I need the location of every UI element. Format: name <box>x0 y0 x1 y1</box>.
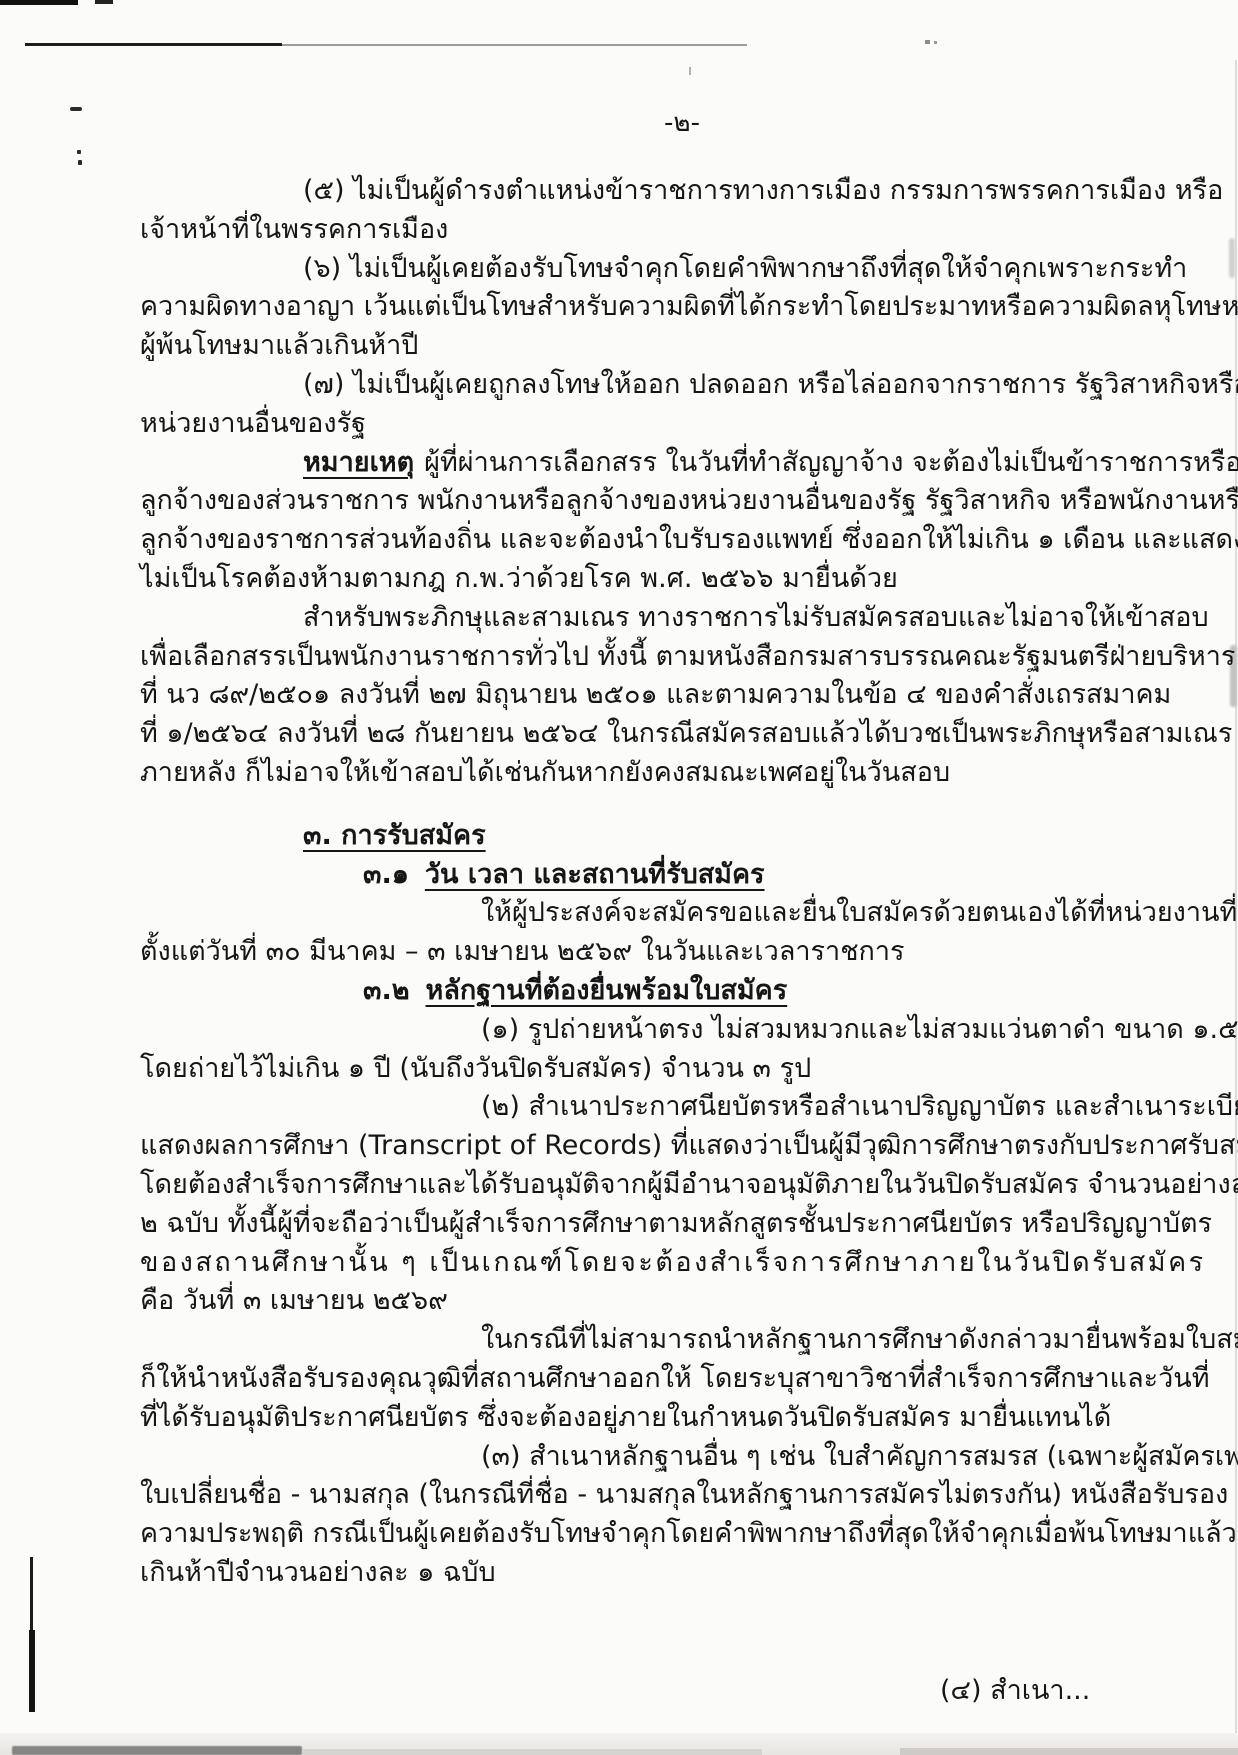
text-line: เจ้าหน้าที่ในพรรคการเมือง <box>0 211 1238 250</box>
scan-artifact-bottom-bar <box>302 1749 762 1755</box>
line-text: วัน เวลา และสถานที่รับสมัคร <box>425 859 765 890</box>
line-prefix: หมายเหตุ <box>303 447 414 478</box>
text-line: (๓) สำเนาหลักฐานอื่น ๆ เช่น ใบสำคัญการสม… <box>0 1438 1238 1477</box>
line-prefix: ๓.๒ <box>363 975 410 1006</box>
text-line: คือ วันที่ ๓ เมษายน ๒๕๖๙ <box>0 1282 1238 1321</box>
text-line: ความผิดทางอาญา เว้นแต่เป็นโทษสำหรับความผ… <box>0 288 1238 327</box>
text-line: ไม่เป็นโรคต้องห้ามตามกฎ ก.พ.ว่าด้วยโรค พ… <box>0 560 1238 599</box>
text-line: ที่ ๑/๒๕๖๔ ลงวันที่ ๒๘ กันยายน ๒๕๖๔ ในกร… <box>0 715 1238 754</box>
scanned-document-page: { "page": { "number_label": "-๒-", "foot… <box>0 0 1238 1755</box>
text-line: โดยต้องสำเร็จการศึกษาและได้รับอนุมัติจาก… <box>0 1166 1238 1205</box>
section-heading: ๓.๑วัน เวลา และสถานที่รับสมัคร <box>0 856 1238 895</box>
section-heading: ๓.๒หลักฐานที่ต้องยื่นพร้อมใบสมัคร <box>0 972 1238 1011</box>
text-line: ๒ ฉบับ ทั้งนี้ผู้ที่จะถือว่าเป็นผู้สำเร็… <box>0 1205 1238 1244</box>
text-line: สำหรับพระภิกษุและสามเณร ทางราชการไม่รับส… <box>0 599 1238 638</box>
text-line: ในกรณีที่ไม่สามารถนำหลักฐานการศึกษาดังกล… <box>0 1321 1238 1360</box>
text-line: หน่วยงานอื่นของรัฐ <box>0 405 1238 444</box>
text-line: (๗) ไม่เป็นผู้เคยถูกลงโทษให้ออก ปลดออก ห… <box>0 366 1238 405</box>
text-line: (๑) รูปถ่ายหน้าตรง ไม่สวมหมวกและไม่สวมแว… <box>0 1011 1238 1050</box>
document-body: (๕) ไม่เป็นผู้ดำรงตำแหน่งข้าราชการทางการ… <box>0 0 1238 1593</box>
text-line: ตั้งแต่วันที่ ๓๐ มีนาคม – ๓ เมษายน ๒๕๖๙ … <box>0 933 1238 972</box>
section-heading: ๓. การรับสมัคร <box>0 817 1238 856</box>
page-continuation-marker: (๔) สำเนา... <box>940 1668 1090 1711</box>
text-line: ผู้พ้นโทษมาแล้วเกินห้าปี <box>0 327 1238 366</box>
scan-artifact-left-vertical-bar <box>29 1630 35 1712</box>
scan-artifact-bottom-bar <box>12 1746 302 1755</box>
text-line: ที่ นว ๘๙/๒๕๐๑ ลงวันที่ ๒๗ มิถุนายน ๒๕๐๑… <box>0 676 1238 715</box>
text-line: เกินห้าปีจำนวนอย่างละ ๑ ฉบับ <box>0 1554 1238 1593</box>
text-line: ให้ผู้ประสงค์จะสมัครขอและยื่นใบสมัครด้วย… <box>0 894 1238 933</box>
text-line: ความประพฤติ กรณีเป็นผู้เคยต้องรับโทษจำคุ… <box>0 1515 1238 1554</box>
line-text: ผู้ที่ผ่านการเลือกสรร ในวันที่ทำสัญญาจ้า… <box>424 447 1238 478</box>
text-line: เพื่อเลือกสรรเป็นพนักงานราชการทั่วไป ทั้… <box>0 638 1238 677</box>
text-line: (๕) ไม่เป็นผู้ดำรงตำแหน่งข้าราชการทางการ… <box>0 172 1238 211</box>
line-prefix: ๓.๑ <box>363 859 409 890</box>
text-line: แสดงผลการศึกษา (Transcript of Records) ท… <box>0 1127 1238 1166</box>
line-text: หลักฐานที่ต้องยื่นพร้อมใบสมัคร <box>426 975 788 1006</box>
text-line: ของสถานศึกษานั้น ๆ เป็นเกณฑ์โดยจะต้องสำเ… <box>0 1244 1238 1283</box>
text-line: (๖) ไม่เป็นผู้เคยต้องรับโทษจำคุกโดยคำพิพ… <box>0 250 1238 289</box>
text-line: ก็ให้นำหนังสือรับรองคุณวุฒิที่สถานศึกษาอ… <box>0 1360 1238 1399</box>
text-line: ลูกจ้างของส่วนราชการ พนักงานหรือลูกจ้างข… <box>0 482 1238 521</box>
text-line: ภายหลัง ก็ไม่อาจให้เข้าสอบได้เช่นกันหากย… <box>0 754 1238 793</box>
text-line: (๒) สำเนาประกาศนียบัตรหรือสำเนาปริญญาบัต… <box>0 1088 1238 1127</box>
text-line: โดยถ่ายไว้ไม่เกิน ๑ ปี (นับถึงวันปิดรับส… <box>0 1050 1238 1089</box>
text-line: ที่ได้รับอนุมัติประกาศนียบัตร ซึ่งจะต้อง… <box>0 1399 1238 1438</box>
text-line: ลูกจ้างของราชการส่วนท้องถิ่น และจะต้องนำ… <box>0 521 1238 560</box>
text-line: ใบเปลี่ยนชื่อ - นามสกุล (ในกรณีที่ชื่อ -… <box>0 1476 1238 1515</box>
text-line: หมายเหตุผู้ที่ผ่านการเลือกสรร ในวันที่ทำ… <box>0 444 1238 483</box>
scan-artifact-bottom-bar <box>900 1748 1238 1755</box>
